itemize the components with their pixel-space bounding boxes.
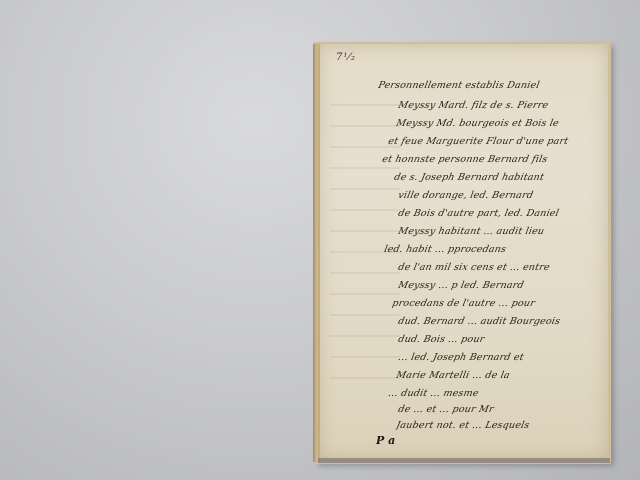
text-line: procedans de l'autre ... pour [391, 298, 594, 312]
page-bottom-edge [318, 458, 610, 463]
text-line: et honnste personne Bernard fils [381, 154, 594, 168]
ink-bleed-through [330, 90, 400, 390]
text-line: de s. Joseph Bernard habitant [393, 172, 592, 186]
catchword: P a [376, 434, 395, 447]
text-line: de l'an mil six cens et ... entre [397, 262, 594, 276]
text-line: Meyssy Md. bourgeois et Bois le [395, 118, 598, 132]
text-line: Marie Martelli ... de la [395, 370, 594, 384]
text-line: ... led. Joseph Bernard et [397, 352, 594, 366]
text-line: dud. Bernard ... audit Bourgeois [397, 316, 594, 330]
text-line: Meyssy Mard. filz de s. Pierre [397, 100, 600, 114]
text-line: Meyssy habitant ... audit lieu [397, 226, 596, 240]
text-line: Meyssy ... p led. Bernard [397, 280, 594, 294]
binding-spine [313, 44, 320, 462]
text-line-with-strikethrough: led. habit ... pprocedans [383, 244, 594, 258]
text-line: Personnellement establis Daniel [377, 80, 602, 94]
text-line: de ... et ... pour Mr [397, 404, 590, 418]
text-line: de Bois d'autre part, led. Daniel [397, 208, 596, 222]
folio-number: 7¹⁄₂ [336, 52, 356, 63]
text-line: dud. Bois ... pour [397, 334, 594, 348]
text-line: Jaubert not. et ... Lesquels [395, 420, 594, 434]
text-line: ... dudit ... mesme [387, 388, 592, 402]
text-line: ville dorange, led. Bernard [397, 190, 596, 204]
text-line: et feue Marguerite Flour d'une part [387, 136, 600, 150]
